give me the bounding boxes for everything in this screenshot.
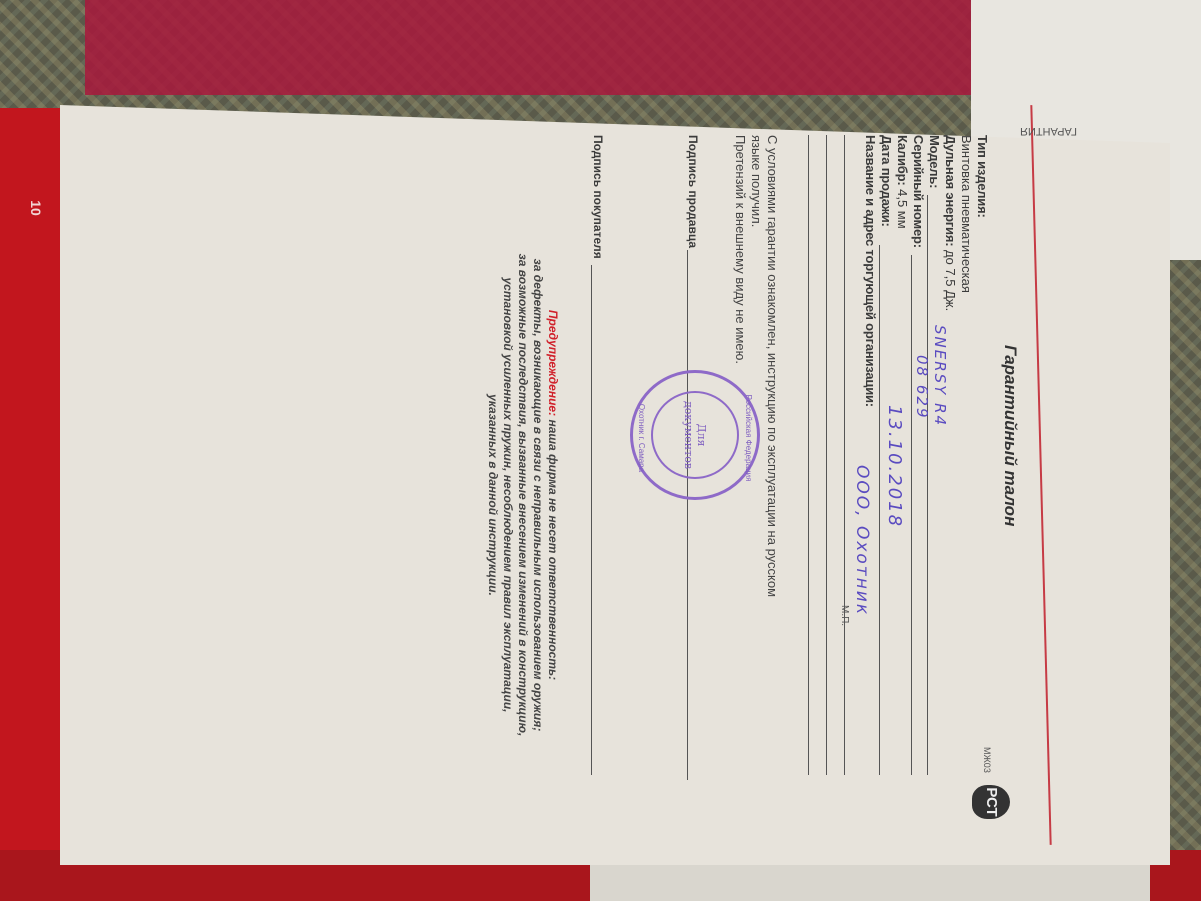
page-header-label: ГАРАНТИЯ [1020, 125, 1077, 137]
buyer-signature-label: Подпись покупателя [591, 135, 605, 259]
sale-date-handwritten: 13.10.2018 [886, 405, 902, 528]
page-title: Гарантийный талон [1000, 345, 1020, 526]
booklet-cover-edge [0, 108, 70, 901]
warranty-terms: С условиями гарантии ознакомлен, инструк… [732, 135, 780, 835]
product-fields: Тип изделия: Винтовка пневматическая Дул… [808, 135, 990, 835]
field-sale-date: Дата продажи: 13.10.2018 [878, 135, 894, 835]
seller-org-line-1 [844, 135, 862, 775]
serial-handwritten: 08 629 [914, 355, 930, 420]
model-handwritten: SNERSY R4 [932, 325, 948, 427]
field-muzzle-energy: Дульная энергия: до 7,5 Дж. [942, 135, 958, 835]
field-product-type-value: Винтовка пневматическая [958, 135, 974, 835]
seller-org-line-3 [808, 135, 826, 775]
field-seller-org: Название и адрес торгующей организации: … [862, 135, 878, 835]
stamp-place-label: М.П. [839, 605, 850, 626]
field-product-type: Тип изделия: [974, 135, 990, 835]
seller-signature-line [687, 250, 688, 780]
field-serial: Серийный номер: 08 629 [910, 135, 926, 835]
seller-signature-label: Подпись продавца [686, 135, 700, 248]
seller-org-line-2 [826, 135, 844, 775]
background-red-band [85, 0, 1085, 95]
field-model: Модель: SNERSY R4 [926, 135, 942, 835]
warranty-card: Гарантийный талон МЖ03 РСТ Тип изделия: … [100, 135, 1000, 855]
buyer-signature-line [591, 265, 592, 775]
page-number: 10 [28, 200, 44, 216]
warning-block: Предупреждение: наша фирма не несет отве… [485, 175, 560, 815]
